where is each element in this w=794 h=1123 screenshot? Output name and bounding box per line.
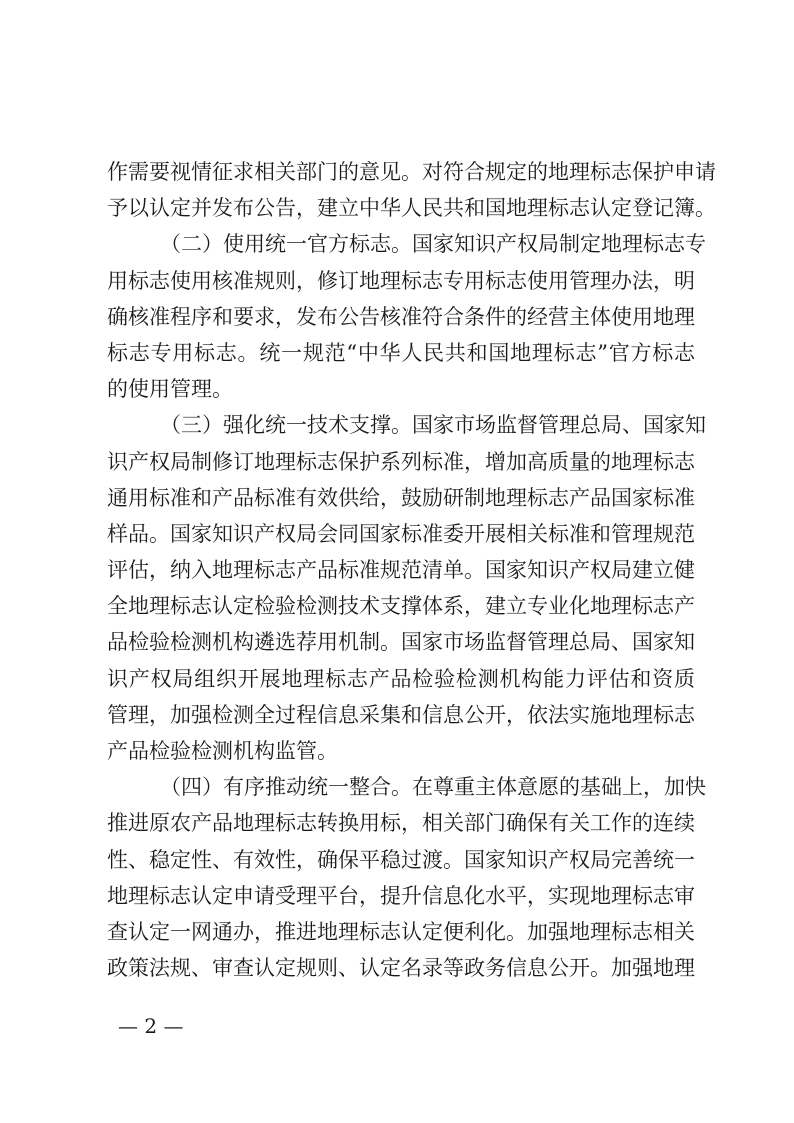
text-line: 查认定一网通办，推进地理标志认定便利化。加强地理标志相关 [107,914,695,950]
text-line: 确核准程序和要求，发布公告核准符合条件的经营主体使用地理 [107,299,695,335]
text-line: 全地理标志认定检验检测技术支撑体系，建立专业化地理标志产 [107,588,695,624]
text-line: 作需要视情征求相关部门的意见。对符合规定的地理标志保护申请 [107,154,695,190]
document-page: 作需要视情征求相关部门的意见。对符合规定的地理标志保护申请 予以认定并发布公告，… [0,0,794,1123]
text-line: 识产权局组织开展地理标志产品检验检测机构能力评估和资质 [107,661,695,697]
text-line: 性、稳定性、有效性，确保平稳过渡。国家知识产权局完善统一 [107,842,695,878]
text-line: 品检验检测机构遴选荐用机制。国家市场监督管理总局、国家知 [107,624,695,660]
text-line: 管理，加强检测全过程信息采集和信息公开，依法实施地理标志 [107,697,695,733]
text-line: 评估，纳入地理标志产品标准规范清单。国家知识产权局建立健 [107,552,695,588]
text-line: 样品。国家知识产权局会同国家标准委开展相关标准和管理规范 [107,516,695,552]
text-line: 识产权局制修订地理标志保护系列标准，增加高质量的地理标志 [107,444,695,480]
paragraph-heading-line: （三）强化统一技术支撑。国家市场监督管理总局、国家知 [107,407,695,443]
text-line: 标志专用标志。统一规范“中华人民共和国地理标志”官方标志 [107,335,695,371]
text-line: 地理标志认定申请受理平台，提升信息化水平，实现地理标志审 [107,878,695,914]
text-line: 的使用管理。 [107,371,695,407]
text-line: 政策法规、审查认定规则、认定名录等政务信息公开。加强地理 [107,950,695,986]
paragraph-heading-line: （四）有序推动统一整合。在尊重主体意愿的基础上，加快 [107,769,695,805]
text-line: 予以认定并发布公告，建立中华人民共和国地理标志认定登记簿。 [107,190,695,226]
document-body: 作需要视情征求相关部门的意见。对符合规定的地理标志保护申请 予以认定并发布公告，… [107,154,695,986]
text-line: 通用标准和产品标准有效供给，鼓励研制地理标志产品国家标准 [107,480,695,516]
paragraph-heading-line: （二）使用统一官方标志。国家知识产权局制定地理标志专 [107,226,695,262]
page-number: — 2 — [118,1014,183,1038]
text-line: 推进原农产品地理标志转换用标，相关部门确保有关工作的连续 [107,805,695,841]
text-line: 用标志使用核准规则，修订地理标志专用标志使用管理办法，明 [107,263,695,299]
text-line: 产品检验检测机构监管。 [107,733,695,769]
